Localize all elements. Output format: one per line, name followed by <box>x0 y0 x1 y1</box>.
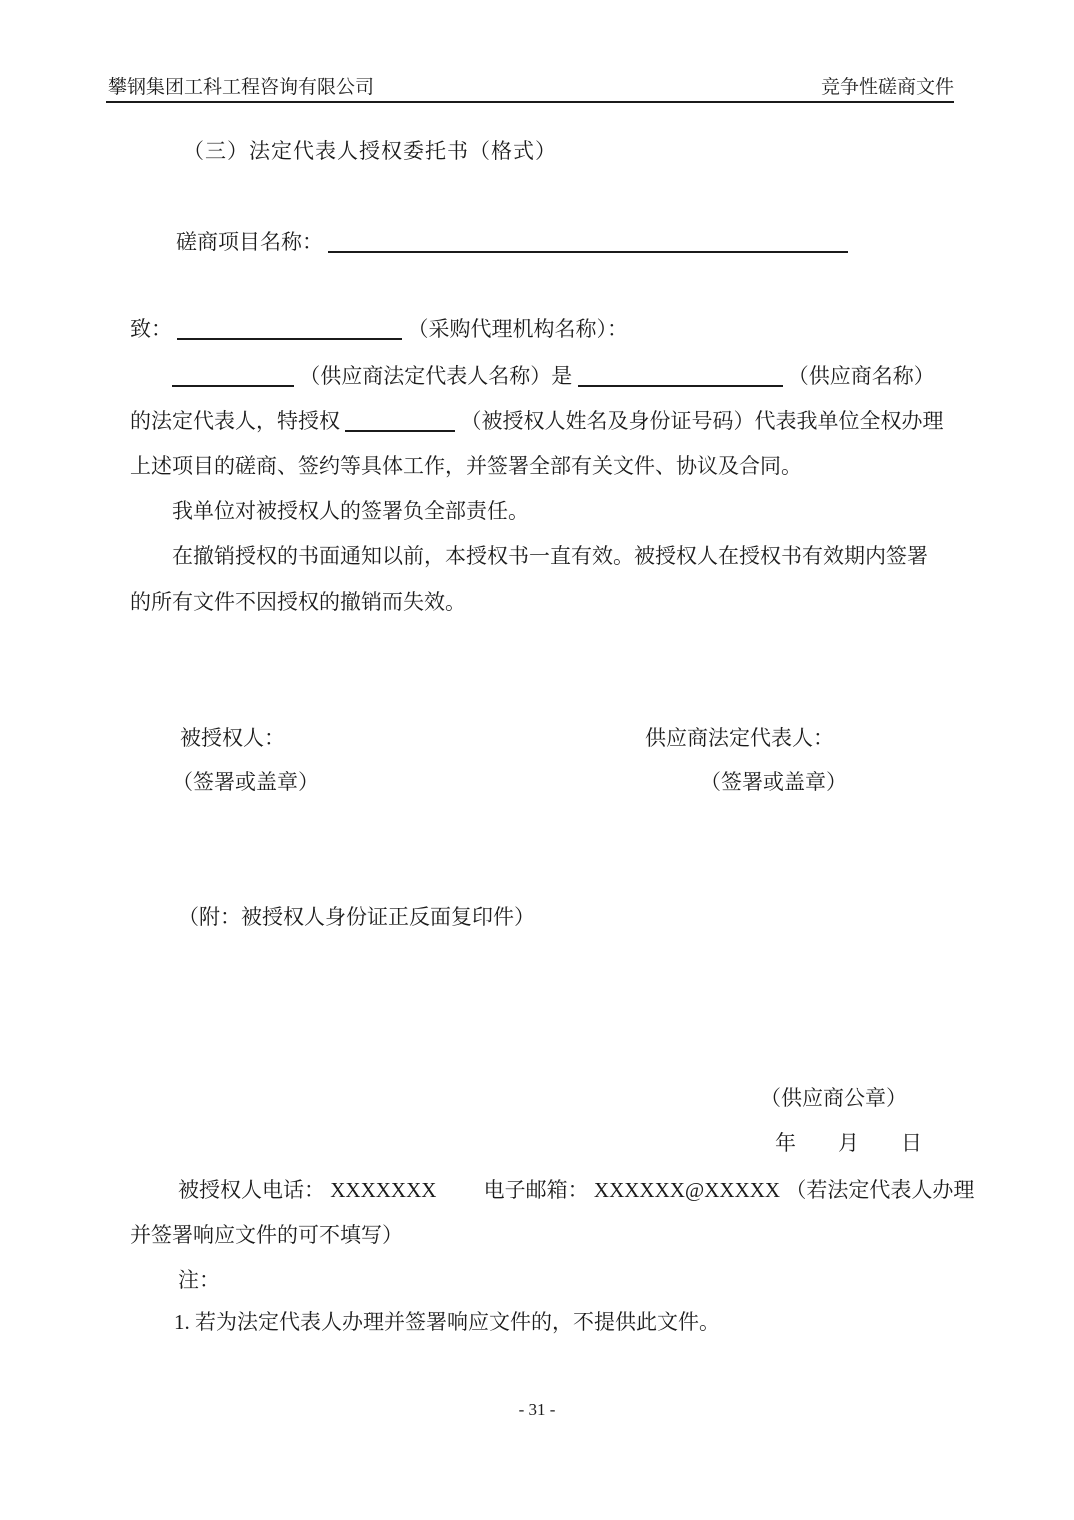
authorized-person-blank <box>345 408 455 432</box>
legal-rep-note: （供应商法定代表人名称）是 <box>299 364 572 388</box>
validity-statement-line-1: 在撤销授权的书面通知以前，本授权书一直有效。被授权人在授权书有效期内签署 <box>172 542 928 570</box>
email-note-line-1: （若法定代表人办理 <box>785 1178 974 1202</box>
supplier-note: （供应商名称） <box>788 364 935 388</box>
supplier-name-blank <box>578 363 783 387</box>
supplier-seal-note: （供应商公章） <box>760 1084 907 1112</box>
authorization-line2-prefix: 的法定代表人，特授权 <box>130 409 340 433</box>
responsibility-statement: 我单位对被授权人的签署负全部责任。 <box>172 497 529 525</box>
sign-or-seal-note-left: （签署或盖章） <box>172 768 319 796</box>
authorization-line2-suffix: （被授权人姓名及身份证号码）代表我单位全权办理 <box>461 409 944 433</box>
header-divider <box>106 101 954 103</box>
validity-statement-line-2: 的所有文件不因授权的撤销而失效。 <box>130 588 466 616</box>
recipient-label: 致： <box>130 317 172 341</box>
sign-or-seal-note-right: （签署或盖章） <box>700 768 847 796</box>
recipient-note: （采购代理机构名称）： <box>408 317 629 341</box>
project-name-blank <box>328 229 848 253</box>
contact-line: 被授权人电话： XXXXXXX 电子邮箱： XXXXXX@XXXXX （若法定代… <box>178 1176 974 1204</box>
notes-label: 注： <box>178 1266 220 1294</box>
project-name-line: 磋商项目名称： <box>176 228 848 256</box>
header-doc-type: 竞争性磋商文件 <box>821 76 954 100</box>
legal-rep-name-blank <box>172 363 294 387</box>
email-note-line-2: 并签署响应文件的可不填写） <box>130 1221 403 1249</box>
header-company: 攀钢集团工科工程咨询有限公司 <box>108 76 374 100</box>
authorization-line-2: 的法定代表人，特授权 （被授权人姓名及身份证号码）代表我单位全权办理 <box>130 407 944 435</box>
authorized-person-signature-label: 被授权人： <box>180 724 285 752</box>
recipient-line: 致： （采购代理机构名称）： <box>130 315 628 343</box>
authorization-line-3: 上述项目的磋商、签约等具体工作，并签署全部有关文件、协议及合同。 <box>130 452 802 480</box>
document-page: 攀钢集团工科工程咨询有限公司 竞争性磋商文件 （三）法定代表人授权委托书（格式）… <box>0 0 1074 1520</box>
project-name-label: 磋商项目名称： <box>176 230 323 254</box>
attachment-note: （附：被授权人身份证正反面复印件） <box>178 903 535 931</box>
page-header: 攀钢集团工科工程咨询有限公司 竞争性磋商文件 <box>108 76 954 100</box>
email-value: XXXXXX@XXXXX <box>594 1178 780 1202</box>
email-label: 电子邮箱： <box>484 1178 589 1202</box>
page-title: （三）法定代表人授权委托书（格式） <box>183 137 557 165</box>
page-number: - 31 - <box>0 1400 1074 1420</box>
phone-value: XXXXXXX <box>330 1178 436 1202</box>
legal-rep-signature-label: 供应商法定代表人： <box>645 724 834 752</box>
phone-label: 被授权人电话： <box>178 1178 325 1202</box>
date-line: 年 月 日 <box>775 1129 922 1157</box>
note-item-1: 1. 若为法定代表人办理并签署响应文件的，不提供此文件。 <box>174 1308 720 1336</box>
authorization-line-1: （供应商法定代表人名称）是 （供应商名称） <box>172 362 935 390</box>
recipient-blank <box>177 316 402 340</box>
